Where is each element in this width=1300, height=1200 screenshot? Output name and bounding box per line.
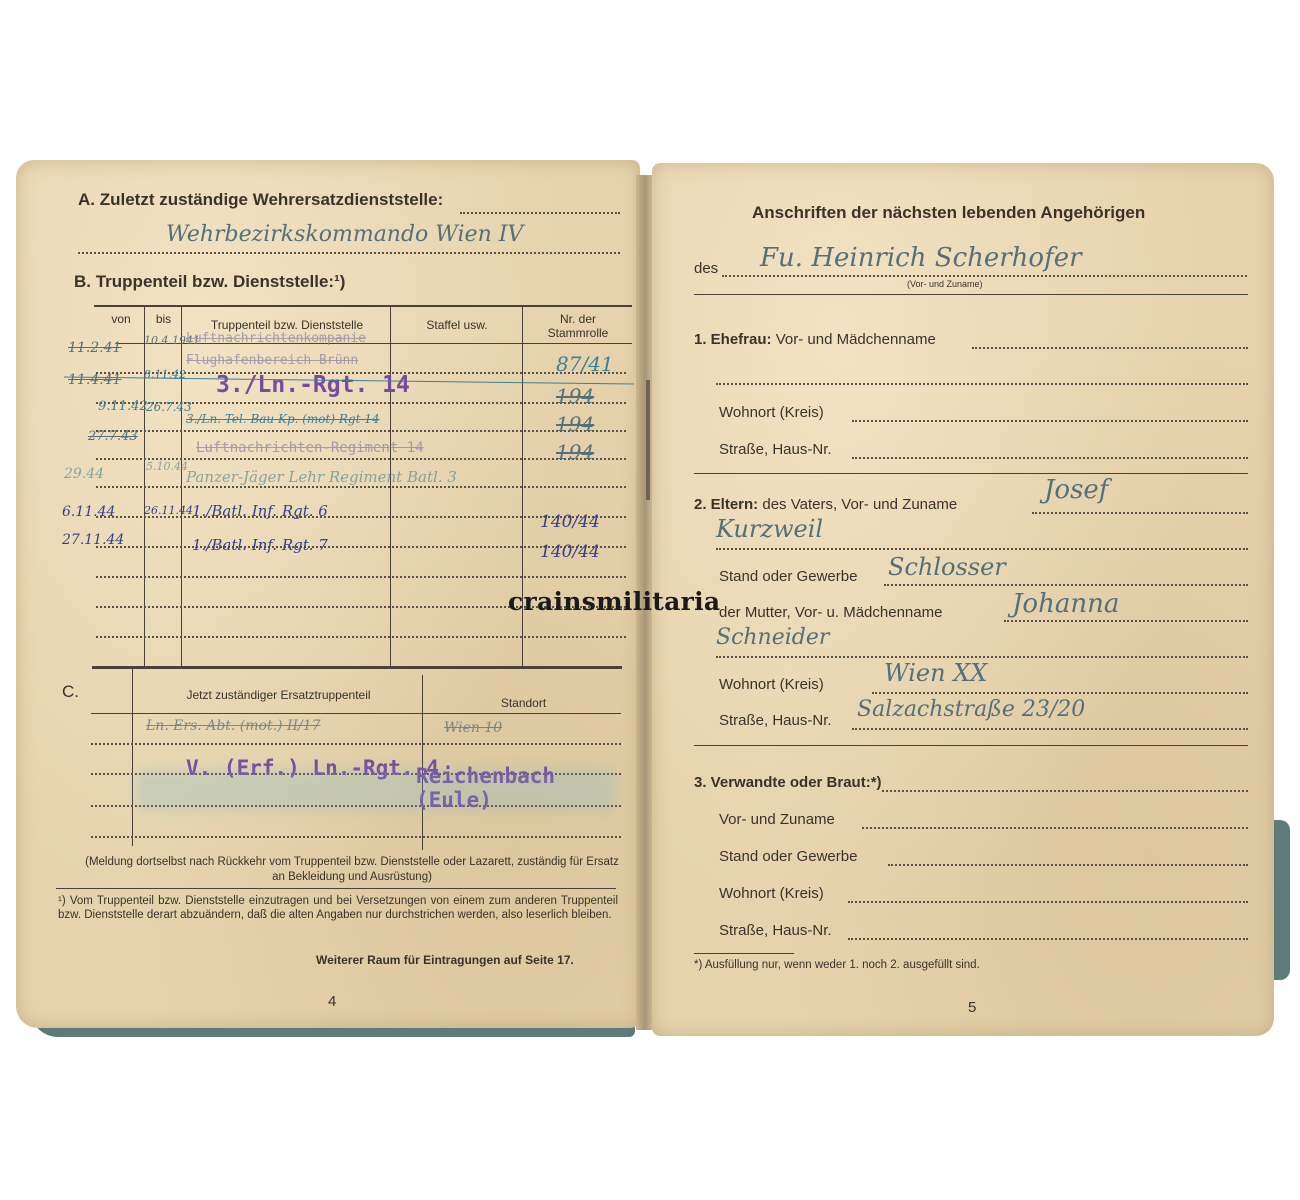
col-header-von: von: [98, 312, 144, 326]
section-3-label: 3. Verwandte oder Braut:*): [694, 774, 882, 791]
row2-unit-stamp: 3./Ln.-Rgt. 14: [216, 372, 410, 398]
dotted-line: [716, 383, 1248, 385]
section-c-note: (Meldung dortselbst nach Rückkehr vom Tr…: [82, 855, 622, 885]
row-line: [96, 576, 626, 578]
row3-unit: 3./Ln. Tel. Bau Kp. (mot) Rgt 14: [186, 412, 379, 426]
row1-nr: 87/41: [556, 352, 614, 376]
row2-bis: 8.11.42: [144, 368, 184, 382]
section-3-name-label: Vor- und Zuname: [719, 811, 835, 828]
section-rule: [694, 745, 1248, 746]
dotted-line: [460, 212, 620, 214]
col-divider: [132, 666, 133, 846]
dotted-line: [972, 347, 1248, 349]
mutter-last-name: Schneider: [716, 625, 829, 650]
row7-nr: 140/44: [540, 542, 600, 562]
row3-von: 9.11.42: [98, 400, 146, 414]
dotted-line: [852, 728, 1248, 730]
section-c-label: C.: [62, 682, 79, 702]
row6-bis: 26.11.44: [144, 504, 193, 517]
row3-nr: 194: [556, 412, 594, 436]
row2-nr: 194: [556, 384, 594, 408]
mutter-first-name: Johanna: [1012, 589, 1119, 619]
section-2-vater-label: des Vaters, Vor- und Zuname: [762, 496, 957, 513]
row1-von: 11.2.41: [68, 340, 121, 356]
dotted-line: [862, 827, 1248, 829]
further-space-note: Weiterer Raum für Eintragungen auf Seite…: [316, 953, 574, 967]
section-rule: [694, 294, 1248, 295]
section-b-label: B. Truppenteil bzw. Dienststelle:¹): [74, 272, 345, 292]
section-3-stand-label: Stand oder Gewerbe: [719, 848, 857, 865]
section-2-wohnort-value: Wien XX: [884, 659, 987, 687]
section-1-strasse-label: Straße, Haus-Nr.: [719, 441, 832, 458]
row4-unit-stamp: Luftnachrichten-Regiment 14: [196, 440, 424, 456]
section-1-name-label: Vor- und Mädchenname: [776, 331, 936, 348]
dotted-line: [852, 457, 1248, 459]
watermark: crainsmilitaria: [508, 587, 720, 616]
header-rule: [91, 713, 621, 714]
des-caption: (Vor- und Zuname): [907, 279, 983, 289]
footnote-rule: [694, 953, 794, 954]
page-number-5: 5: [968, 999, 976, 1016]
row5-unit: Panzer-Jäger Lehr Regiment Batl. 3: [186, 468, 457, 486]
page-title: Anschriften der nächsten lebenden Angehö…: [752, 203, 1145, 223]
dotted-line: [722, 275, 1247, 277]
section-a-label: A. Zuletzt zuständige Wehrersatzdienstst…: [78, 190, 443, 210]
col-header-ersatztruppenteil: Jetzt zuständiger Ersatztruppenteil: [136, 688, 421, 702]
des-value: Fu. Heinrich Scherhofer: [760, 243, 1082, 273]
dotted-line: [716, 656, 1248, 658]
dotted-line: [888, 864, 1248, 866]
section-3-strasse-label: Straße, Haus-Nr.: [719, 922, 832, 939]
dotted-line: [78, 252, 620, 254]
row5-bis: 5.10.44: [146, 460, 182, 473]
dotted-line: [882, 790, 1248, 792]
col-header-staffel: Staffel usw.: [392, 318, 522, 332]
spine-crease: [646, 380, 650, 500]
row3-bis: 26.7.43: [146, 400, 182, 414]
row7-unit: 1./Batl. Inf. Rgt. 7: [192, 536, 328, 554]
row-line: [91, 743, 621, 745]
section-c-row1-standort: Wien 10: [444, 720, 502, 736]
row2-von: 11.4.41: [68, 372, 121, 388]
row5-von: 29.44: [64, 466, 104, 482]
section-3-wohnort-label: Wohnort (Kreis): [719, 885, 824, 902]
section-c-row1-unit: Ln. Ers. Abt. (mot.) II/17: [146, 718, 321, 734]
dotted-line: [872, 692, 1248, 694]
col-header-bis: bis: [146, 312, 181, 326]
section-1-label: 1. Ehefrau:: [694, 331, 772, 348]
row-line: [96, 486, 626, 488]
dotted-line: [852, 420, 1248, 422]
dotted-line: [1032, 512, 1248, 514]
row6-nr: 140/44: [540, 512, 600, 532]
row-line: [91, 836, 621, 838]
vater-last-name: Kurzweil: [716, 515, 823, 543]
section-1-wohnort-label: Wohnort (Kreis): [719, 404, 824, 421]
dotted-line: [1004, 620, 1248, 622]
table-top-rule: [94, 305, 632, 307]
row1-bis: 10.4.1941: [144, 335, 184, 347]
stand-value: Schlosser: [888, 553, 1006, 581]
row6-von: 6.11.44: [62, 504, 115, 520]
section-1: 1. Ehefrau: Vor- und Mädchenname: [694, 331, 936, 348]
row7-von: 27.11.44: [62, 532, 124, 548]
footnote-1: ¹) Vom Truppenteil bzw. Dienststelle ein…: [58, 894, 618, 922]
vater-first-name: Josef: [1044, 475, 1108, 505]
page-number-4: 4: [328, 993, 336, 1010]
section-2: 2. Eltern: des Vaters, Vor- und Zuname: [694, 496, 957, 513]
dotted-line: [848, 901, 1248, 903]
row4-von: 27.7.43: [88, 430, 138, 444]
footnote-asterisk: *) Ausfüllung nur, wenn weder 1. noch 2.…: [694, 959, 980, 971]
page-5: Anschriften der nächsten lebenden Angehö…: [652, 163, 1274, 1036]
footnote-rule: [56, 888, 616, 889]
section-2-label: 2. Eltern:: [694, 496, 758, 513]
des-label: des: [694, 260, 718, 277]
col-header-stammrolle: Nr. der Stammrolle: [528, 312, 628, 340]
table-bottom-rule: [92, 666, 622, 669]
row-line: [96, 430, 626, 432]
section-a-handwritten: Wehrbezirkskommando Wien IV: [166, 222, 523, 247]
col-header-standort: Standort: [426, 696, 621, 710]
dotted-line: [884, 584, 1248, 586]
ink-stain: [136, 770, 616, 810]
row1-unit-stamp: Luftnachrichtenkompanie Flughafenbereich…: [186, 328, 396, 372]
section-2-wohnort-label: Wohnort (Kreis): [719, 676, 824, 693]
stand-label: Stand oder Gewerbe: [719, 568, 857, 585]
row6-unit: 1./Batl. Inf. Rgt. 6: [192, 502, 328, 520]
section-rule: [694, 473, 1248, 474]
section-2-strasse-label: Straße, Haus-Nr.: [719, 712, 832, 729]
dotted-line: [848, 938, 1248, 940]
row4-nr: 194: [556, 440, 594, 464]
dotted-line: [716, 548, 1248, 550]
row-line: [96, 636, 626, 638]
section-2-strasse-value: Salzachstraße 23/20: [857, 697, 1085, 722]
mutter-label: der Mutter, Vor- u. Mädchenname: [719, 604, 942, 621]
